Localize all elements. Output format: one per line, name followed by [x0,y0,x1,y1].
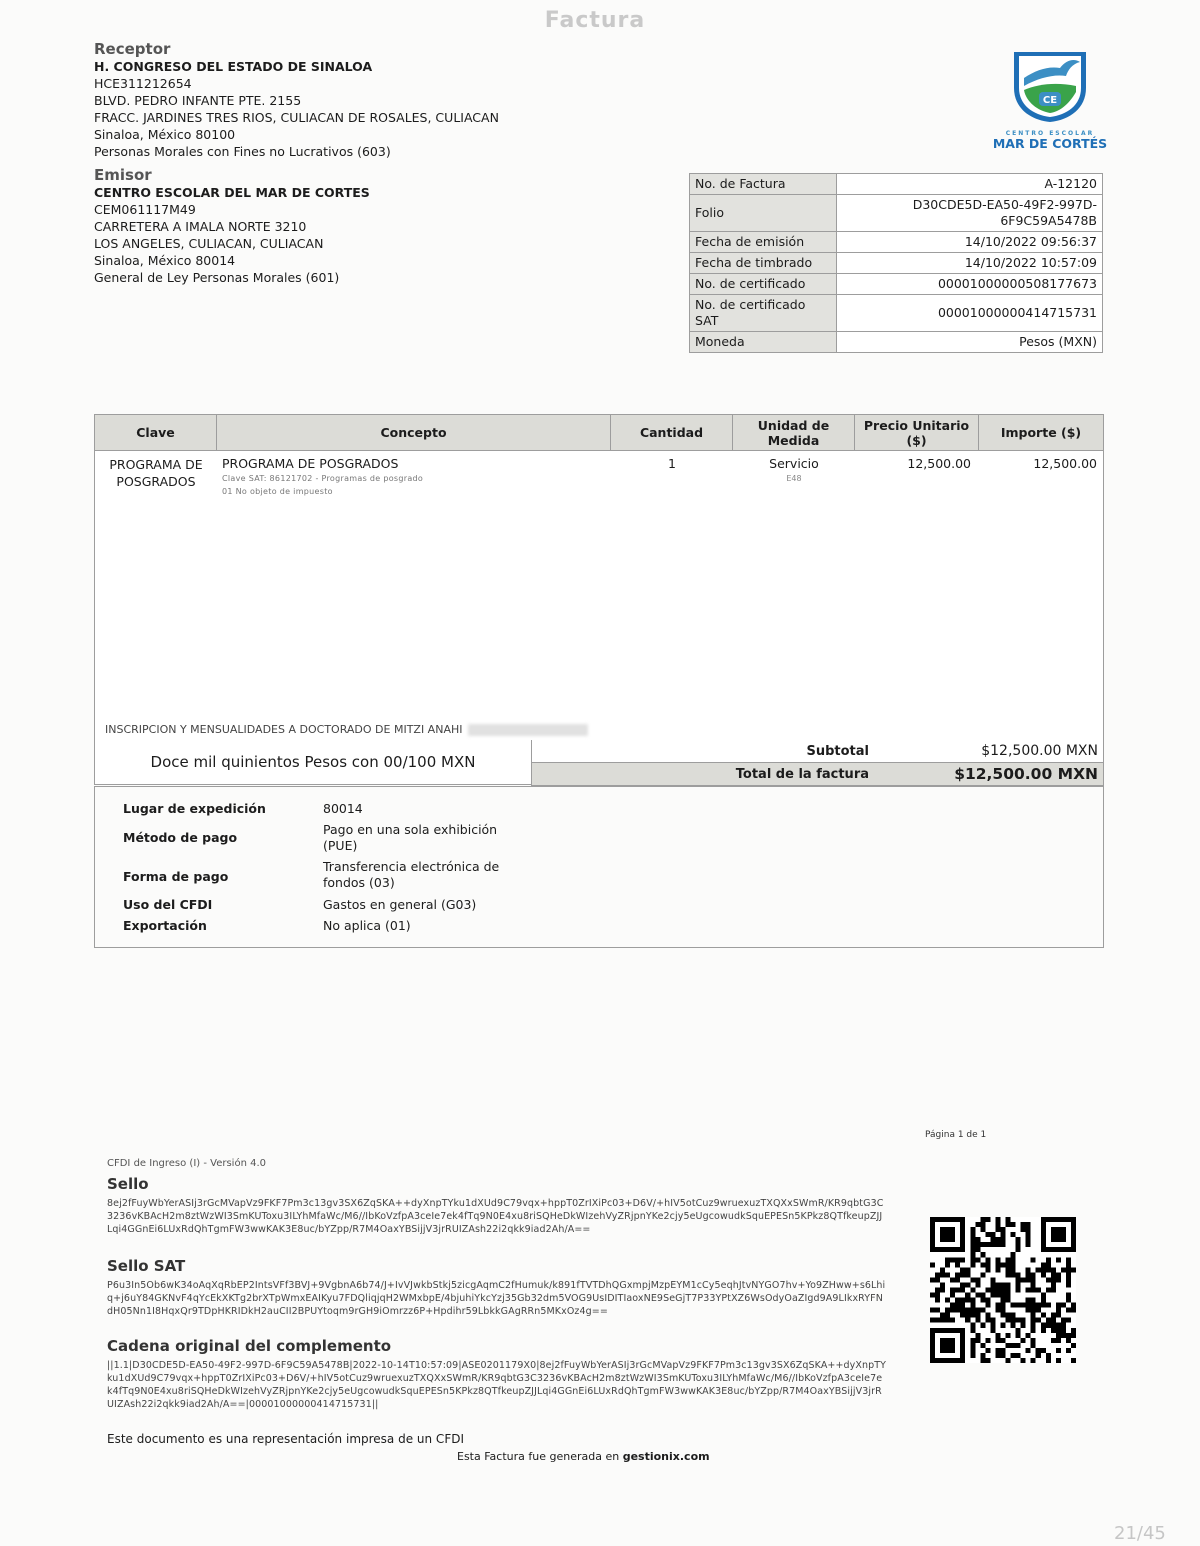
item-concepto: PROGRAMA DE POSGRADOS [222,456,611,472]
item-concepto-cell: PROGRAMA DE POSGRADOS Clave SAT: 8612170… [217,456,611,498]
subtotal-label: Subtotal [532,744,869,759]
item-precio: 12,500.00 [855,456,979,498]
subtotal-row: Subtotal $12,500.00 MXN [532,740,1103,763]
info-row-certificado-sat: No. de certificado SAT 00001000000414715… [690,295,1103,332]
school-shield-logo-icon: CE [1008,48,1092,124]
col-header-precio: Precio Unitario ($) [855,415,979,450]
invoice-info-table: No. de Factura A-12120 Folio D30CDE5D-EA… [689,173,1103,353]
item-objeto-impuesto: 01 No objeto de impuesto [222,485,611,498]
document-title: Factura [0,8,1190,33]
page-counter: 21/45 [1114,1523,1166,1544]
item-importe: 12,500.00 [979,456,1103,498]
payment-label: Forma de pago [123,869,313,884]
emisor-regimen: General de Ley Personas Morales (601) [94,269,370,286]
info-value: 14/10/2022 10:57:09 [837,253,1103,274]
total-value: $12,500.00 MXN [869,765,1103,783]
emisor-address3: Sinaloa, México 80014 [94,252,370,269]
item-description: INSCRIPCION Y MENSUALIDADES A DOCTORADO … [105,723,588,736]
receptor-rfc: HCE311212654 [94,75,499,92]
payment-label: Uso del CFDI [123,897,313,912]
emisor-address1: CARRETERA A IMALA NORTE 3210 [94,218,370,235]
info-label: No. de certificado SAT [690,295,837,332]
emisor-address2: LOS ANGELES, CULIACAN, CULIACAN [94,235,370,252]
items-table: Clave Concepto Cantidad Unidad de Medida… [94,414,1104,742]
info-value: Pesos (MXN) [837,332,1103,353]
payment-label: Método de pago [123,830,313,845]
representation-note: Este documento es una representación imp… [107,1432,464,1446]
payment-value: Transferencia electrónica de fondos (03) [323,859,503,891]
redacted-name [468,724,588,736]
totals-block: Subtotal $12,500.00 MXN Total de la fact… [531,740,1104,786]
info-value: 00001000000508177673 [837,274,1103,295]
info-value: 00001000000414715731 [837,295,1103,332]
total-in-words: Doce mil quinientos Pesos con 00/100 MXN [94,740,532,785]
cfdi-version: CFDI de Ingreso (I) - Versión 4.0 [107,1158,266,1169]
item-clave: PROGRAMA DE POSGRADOS [95,456,217,498]
cadena-value: ||1.1|D30CDE5D-EA50-49F2-997D-6F9C59A547… [107,1359,887,1411]
item-description-text: INSCRIPCION Y MENSUALIDADES A DOCTORADO … [105,723,462,736]
info-value: D30CDE5D-EA50-49F2-997D-6F9C59A5478B [837,195,1103,232]
info-row-folio: Folio D30CDE5D-EA50-49F2-997D-6F9C59A547… [690,195,1103,232]
generated-site-link[interactable]: gestionix.com [623,1450,710,1463]
info-value: A-12120 [837,174,1103,195]
item-clave-sat: Clave SAT: 86121702 - Programas de posgr… [222,472,611,485]
item-unidad-code: E48 [733,471,855,486]
col-header-unidad: Unidad de Medida [733,415,855,450]
items-header: Clave Concepto Cantidad Unidad de Medida… [95,415,1103,451]
info-label: Folio [690,195,837,232]
total-label: Total de la factura [532,767,869,782]
cadena-heading: Cadena original del complemento [107,1337,391,1355]
receptor-heading: Receptor [94,40,499,58]
emisor-heading: Emisor [94,166,370,184]
col-header-concepto: Concepto [217,415,611,450]
info-row-moneda: Moneda Pesos (MXN) [690,332,1103,353]
col-header-importe: Importe ($) [979,415,1103,450]
page-indicator: Página 1 de 1 [925,1130,986,1140]
generated-by: Esta Factura fue generada en gestionix.c… [457,1450,710,1463]
info-label: No. de certificado [690,274,837,295]
info-row-certificado: No. de certificado 00001000000508177673 [690,274,1103,295]
payment-value: Pago en una sola exhibición (PUE) [323,822,503,854]
table-row: PROGRAMA DE POSGRADOS PROGRAMA DE POSGRA… [95,451,1103,498]
total-row: Total de la factura $12,500.00 MXN [532,763,1103,785]
info-label: Fecha de timbrado [690,253,837,274]
sello-value: 8ej2fFuyWbYerASIj3rGcMVapVz9FKF7Pm3c13gv… [107,1197,887,1236]
receptor-name: H. CONGRESO DEL ESTADO DE SINALOA [94,58,499,75]
company-logo: CE CENTRO ESCOLAR MAR DE CORTÉS [980,48,1120,151]
receptor-address1: BLVD. PEDRO INFANTE PTE. 2155 [94,92,499,109]
info-label: Moneda [690,332,837,353]
payment-value: No aplica (01) [323,918,503,934]
info-label: Fecha de emisión [690,232,837,253]
payment-label: Exportación [123,918,313,933]
info-row-factura: No. de Factura A-12120 [690,174,1103,195]
svg-text:CE: CE [1043,95,1057,106]
payment-info: Lugar de expedición 80014 Método de pago… [94,786,1104,948]
item-unidad: Servicio [733,456,855,471]
info-label: No. de Factura [690,174,837,195]
emisor-name: CENTRO ESCOLAR DEL MAR DE CORTES [94,184,370,201]
sello-sat-value: P6u3In5Ob6wK34oAqXqRbEP2IntsVFf3BVJ+9Vgb… [107,1279,887,1318]
receptor-address2: FRACC. JARDINES TRES RIOS, CULIACAN DE R… [94,109,499,126]
receptor-regimen: Personas Morales con Fines no Lucrativos… [94,143,499,160]
sello-sat-heading: Sello SAT [107,1257,185,1275]
item-unidad-cell: Servicio E48 [733,456,855,498]
emisor-block: Emisor CENTRO ESCOLAR DEL MAR DE CORTES … [94,166,370,286]
payment-label: Lugar de expedición [123,801,313,816]
payment-value: Gastos en general (G03) [323,897,503,913]
info-value: 14/10/2022 09:56:37 [837,232,1103,253]
payment-value: 80014 [323,801,503,817]
qr-code-icon [930,1217,1076,1363]
col-header-cantidad: Cantidad [611,415,733,450]
receptor-address3: Sinaloa, México 80100 [94,126,499,143]
info-row-emision: Fecha de emisión 14/10/2022 09:56:37 [690,232,1103,253]
logo-title: MAR DE CORTÉS [980,136,1120,151]
receptor-block: Receptor H. CONGRESO DEL ESTADO DE SINAL… [94,40,499,160]
emisor-rfc: CEM061117M49 [94,201,370,218]
subtotal-value: $12,500.00 MXN [869,743,1103,759]
col-header-clave: Clave [95,415,217,450]
sello-heading: Sello [107,1175,149,1193]
generated-prefix: Esta Factura fue generada en [457,1450,619,1463]
info-row-timbrado: Fecha de timbrado 14/10/2022 10:57:09 [690,253,1103,274]
item-cantidad: 1 [611,456,733,498]
